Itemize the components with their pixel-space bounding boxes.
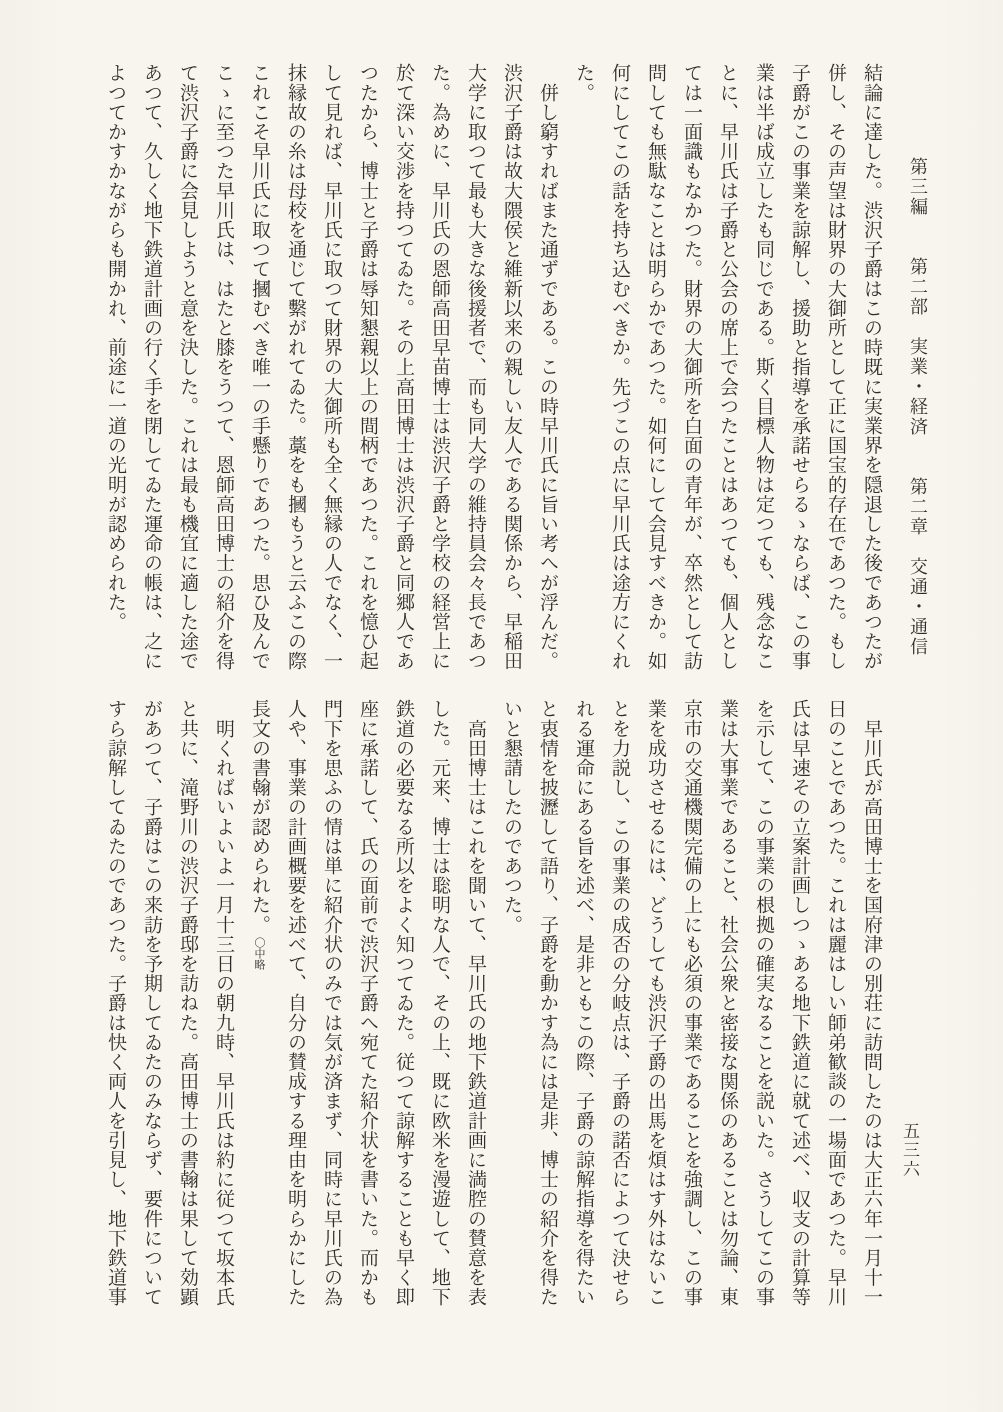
text-column: 何にしてこの話を持ち込むべきか。先づこの点に早川氏は途方にくれ [601, 63, 637, 673]
text-column: とを力説し、この事業の成否の分岐点は、子爵の諾否によつて決せら [601, 699, 637, 1309]
text-column: 大学に取つて最も大きな後援者で、而も同大学の維持員会々長であつ [457, 63, 493, 673]
text-column: 於て深い交渉を持つてゐた。その上高田博士は渋沢子爵と同郷人であ [385, 63, 421, 673]
text-column: 門下を思ふの情は単に紹介状のみでは気が済まず、同時に早川氏の為 [313, 699, 349, 1309]
text-column: 人や、事業の計画概要を述べて、自分の賛成する理由を明らかにした [277, 699, 313, 1309]
text-column: と衷情を披瀝して語り、子爵を動かす為には是非、博士の紹介を得た [529, 699, 565, 1309]
text-column: 子爵がこの事業を諒解し、援助と指導を承諾せらるゝならば、この事 [781, 63, 817, 673]
text-column: 京市の交通機関完備の上にも必須の事業であることを強調し、この事 [673, 699, 709, 1309]
text-column: 座に承諾して、氏の面前で渋沢子爵へ宛てた紹介状を書いた。而かも [349, 699, 385, 1309]
text-column: 鉄道の必要なる所以をよく知つてゐた。従つて諒解することも早く即 [385, 699, 421, 1309]
text-column: つたから、博士と子爵は辱知懇親以上の間柄であつた。これを憶ひ起 [349, 63, 385, 673]
text-column: 業を成功させるには、どうしても渋沢子爵の出馬を煩はす外はないこ [637, 699, 673, 1309]
top-text-block: 結論に達した。渋沢子爵はこの時既に実業界を隠退した後であつたが併し、その声望は財… [97, 63, 889, 673]
text-column: こゝに至つた早川氏は、はたと膝をうつて、恩師高田博士の紹介を得 [205, 63, 241, 673]
text-column: して見れば、早川氏に取つて財界の大御所も全く無縁の人でなく、一 [313, 63, 349, 673]
text-column: 渋沢子爵は故大隈侯と維新以来の親しい友人である関係から、早稲田 [493, 63, 529, 673]
text-column: た。 [565, 63, 601, 673]
text-column: 高田博士はこれを聞いて、早川氏の地下鉄道計画に満腔の賛意を表 [457, 699, 493, 1309]
text-column: 結論に達した。渋沢子爵はこの時既に実業界を隠退した後であつたが [853, 63, 889, 673]
text-column: した。元来、博士は聡明な人で、その上、既に欧米を漫遊して、地下 [421, 699, 457, 1309]
text-column: 業は半ば成立したも同じである。斯く目標人物は定つても、残念なこ [745, 63, 781, 673]
text-column: 氏は早速その立案計画しつゝある地下鉄道に就て述べ、収支の計算等 [781, 699, 817, 1309]
book-page-scan: 第三編 第二部 実業・経済 第二章 交通・通信 五三六 結論に達した。渋沢子爵は… [0, 0, 1003, 1412]
text-column: ては一面識もなかつた。財界の大御所を白面の青年が、卒然として訪 [673, 63, 709, 673]
text-column: 業は大事業であること、社会公衆と密接な関係のあることは勿論、東 [709, 699, 745, 1309]
text-column: あつて、久しく地下鉄道計画の行く手を閉してゐた運命の帳は、之に [133, 63, 169, 673]
text-column: 併し、その声望は財界の大御所として正に国宝的存在であつた。もし [817, 63, 853, 673]
omission-note: 〇中略 [241, 937, 277, 970]
running-head: 第三編 第二部 実業・経済 第二章 交通・通信 [905, 157, 931, 657]
text-column: があつて、子爵はこの来訪を予期してゐたのみならず、要件について [133, 699, 169, 1309]
text-column: 抹縁故の糸は母校を通じて繫がれてゐた。藁をも摑もうと云ふこの際 [277, 63, 313, 673]
text-column: 問しても無駄なことは明らかであつた。如何にして会見すべきか。如 [637, 63, 673, 673]
text-column: 明くればいよいよ一月十三日の朝九時、早川氏は約に従つて坂本氏 [205, 699, 241, 1309]
text-column: 長文の書翰が認められた。〇中略 [241, 699, 277, 1309]
text-column: とに、早川氏は子爵と公会の席上で会つたことはあつても、個人とし [709, 63, 745, 673]
text-column: 日のことであつた。これは麗はしい師弟歓談の一場面であつた。早川 [817, 699, 853, 1309]
text-column: すら諒解してゐたのであつた。子爵は快く両人を引見し、地下鉄道事 [97, 699, 133, 1309]
text-column: と共に、滝野川の渋沢子爵邸を訪ねた。高田博士の書翰は果して効顕 [169, 699, 205, 1309]
text-column: れる運命にある旨を述べ、是非ともこの際、子爵の諒解指導を得たい [565, 699, 601, 1309]
page-number: 五三六 [897, 1122, 922, 1179]
text-column: いと懇請したのであつた。 [493, 699, 529, 1309]
text-column: 併し窮すればまた通ずである。この時早川氏に旨い考へが浮んだ。 [529, 63, 565, 673]
text-column: よつてかすかながらも開かれ、前途に一道の光明が認められた。 [97, 63, 133, 673]
text-column: 早川氏が高田博士を国府津の別荘に訪問したのは大正六年一月十一 [853, 699, 889, 1309]
text-column: を示して、この事業の根拠の確実なることを説いた。さうしてこの事 [745, 699, 781, 1309]
text-column: これこそ早川氏に取つて摑むべき唯一の手懸りであつた。思ひ及んで [241, 63, 277, 673]
bottom-text-block: 早川氏が高田博士を国府津の別荘に訪問したのは大正六年一月十一日のことであつた。こ… [97, 699, 889, 1309]
text-column: た。為めに、早川氏の恩師高田早苗博士は渋沢子爵と学校の経営上に [421, 63, 457, 673]
text-column: て渋沢子爵に会見しようと意を決した。これは最も機宜に適した途で [169, 63, 205, 673]
